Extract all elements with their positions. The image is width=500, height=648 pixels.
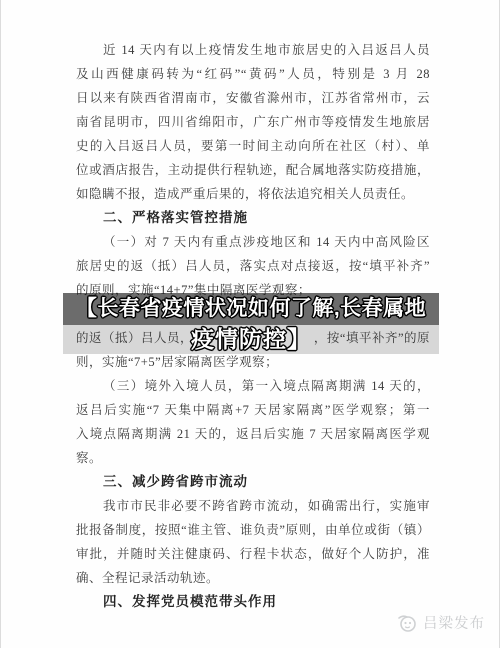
publisher-name: 吕梁发布 [423, 612, 485, 633]
document-line: 史的入吕返吕人员，要第一时间主动向所在社区（村）、单 [76, 134, 430, 158]
document-line: 批报备制度，按照“谁主管、谁负责”原则，由单位或街（镇） [76, 518, 430, 542]
document-line: 则，实施“7+5”居家隔离医学观察； [76, 350, 430, 374]
document-scan: 近 14 天内有以上疫情发生地市旅居史的入吕返吕人员及山西健康码转为“红码”“黄… [76, 38, 430, 614]
section-heading: 四、发挥党员模范带头作用 [76, 590, 430, 614]
document-line: 如隐瞒不报，造成严重后果的，将依法追究相关人员责任。 [76, 182, 430, 206]
section-heading: 二、严格落实管控措施 [76, 206, 430, 230]
document-line [76, 302, 430, 326]
document-line: 日以来有陕西省渭南市，安徽省滁州市，江苏省常州市，云 [76, 86, 430, 110]
document-line: 察。 [76, 446, 430, 470]
document-line: 旅居史的返（抵）吕人员，落实点对点接返，按“填平补齐” [76, 254, 430, 278]
document-line: 的返（抵）吕人员，，按“填平补齐”的原 [76, 326, 430, 350]
document-line: 确、全程记录活动轨迹。 [76, 566, 430, 590]
document-line: 的原则，实施“14+7”集中隔离医学观察； [76, 278, 430, 302]
document-line: 近 14 天内有以上疫情发生地市旅居史的入吕返吕人员 [76, 38, 430, 62]
document-line: 及山西健康码转为“红码”“黄码”人员，特别是 3 月 28 [76, 62, 430, 86]
publisher-logo-icon [396, 614, 418, 632]
article-screenshot: 近 14 天内有以上疫情发生地市旅居史的入吕返吕人员及山西健康码转为“红码”“黄… [0, 0, 500, 648]
document-line: （一）对 7 天内有重点涉疫地区和 14 天内中高风险区 [76, 230, 430, 254]
document-line: 我市市民非必要不跨省跨市流动，如确需出行，实施审 [76, 494, 430, 518]
document-line: 返吕后实施“7 天集中隔离+7 天居家隔离”医学观察；第一 [76, 398, 430, 422]
document-line: 位或酒店报告，主动提供行程轨迹，配合属地落实防疫措施， [76, 158, 430, 182]
document-line: 审批，并随时关注健康码、行程卡状态，做好个人防护，准 [76, 542, 430, 566]
document-line: 入境点隔离期满 21 天的，返吕后实施 7 天居家隔离医学观 [76, 422, 430, 446]
publisher-watermark: 吕梁发布 [396, 612, 485, 633]
document-line-fragment-right: ，按“填平补齐”的原 [314, 326, 430, 350]
document-line: 南省昆明市，四川省绵阳市，广东广州市等疫情发生地旅居 [76, 110, 430, 134]
document-line-fragment-left: 的返（抵）吕人员， [76, 326, 193, 350]
document-line: （三）境外入境人员，第一入境点隔离期满 14 天的， [76, 374, 430, 398]
section-heading: 三、减少跨省跨市流动 [76, 470, 430, 494]
